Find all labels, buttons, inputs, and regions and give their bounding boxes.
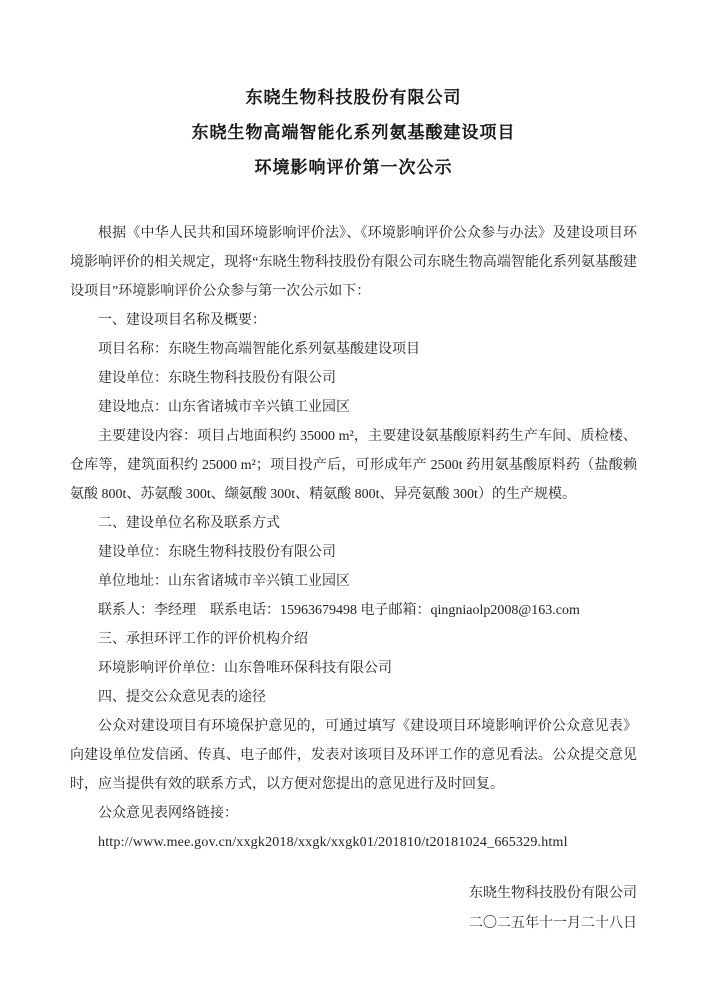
signature-block: 东晓生物科技股份有限公司 二〇二五年十一月二十八日 [70, 879, 637, 939]
project-name-line: 项目名称：东晓生物高端智能化系列氨基酸建设项目 [70, 335, 637, 364]
main-content-paragraph: 主要建设内容：项目占地面积约 35000 m²，主要建设氨基酸原料药生产车间、质… [70, 422, 637, 509]
doc-title-notice: 环境影响评价第一次公示 [70, 150, 637, 185]
signature-date: 二〇二五年十一月二十八日 [70, 909, 637, 939]
construction-unit-line: 建设单位：东晓生物科技股份有限公司 [70, 364, 637, 393]
section-1-heading: 一、建设项目名称及概要： [70, 306, 637, 335]
comment-form-link-url: http://www.mee.gov.cn/xxgk2018/xxgk/xxgk… [70, 828, 637, 857]
doc-title-project: 东晓生物高端智能化系列氨基酸建设项目 [70, 115, 637, 150]
comment-form-link-label: 公众意见表网络链接： [70, 799, 637, 828]
construction-site-line: 建设地点：山东省诸城市辛兴镇工业园区 [70, 393, 637, 422]
contact-line: 联系人：李经理 联系电话：15963679498 电子邮箱：qingniaolp… [70, 596, 637, 625]
intro-paragraph: 根据《中华人民共和国环境影响评价法》、《环境影响评价公众参与办法》及建设项目环境… [70, 219, 637, 306]
unit-name-line: 建设单位：东晓生物科技股份有限公司 [70, 538, 637, 567]
document-page: 东晓生物科技股份有限公司 东晓生物高端智能化系列氨基酸建设项目 环境影响评价第一… [0, 0, 707, 1000]
unit-address-line: 单位地址：山东省诸城市辛兴镇工业园区 [70, 567, 637, 596]
public-opinion-paragraph: 公众对建设项目有环境保护意见的，可通过填写《建设项目环境影响评价公众意见表》向建… [70, 712, 637, 799]
eia-unit-line: 环境影响评价单位：山东鲁唯环保科技有限公司 [70, 654, 637, 683]
signature-company: 东晓生物科技股份有限公司 [70, 879, 637, 909]
section-4-heading: 四、提交公众意见表的途径 [70, 683, 637, 712]
section-3-heading: 三、承担环评工作的评价机构介绍 [70, 625, 637, 654]
document-title-block: 东晓生物科技股份有限公司 东晓生物高端智能化系列氨基酸建设项目 环境影响评价第一… [70, 80, 637, 185]
document-body: 根据《中华人民共和国环境影响评价法》、《环境影响评价公众参与办法》及建设项目环境… [70, 219, 637, 857]
doc-title-company: 东晓生物科技股份有限公司 [70, 80, 637, 115]
section-2-heading: 二、建设单位名称及联系方式 [70, 509, 637, 538]
